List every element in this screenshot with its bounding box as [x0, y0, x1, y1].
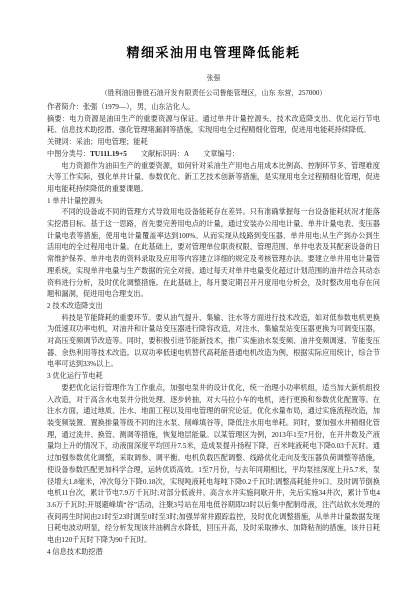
- doc-code-label: 文献标识码：: [141, 150, 184, 158]
- intro-paragraph: 电力资源作为油田生产的重要资源，如何针对采油生产用电占用成本比例高、控制环节多、…: [47, 161, 380, 196]
- abstract: 摘要：电力资源是油田生产的重要资源与保证。通过单井计量控源头、技术改造降支出、优…: [47, 114, 380, 137]
- section-3-heading: 3 优化运行节电耗: [47, 371, 380, 383]
- clc-label: 中图分类号：: [47, 150, 90, 158]
- clc-segment: 中图分类号：TU111.19+5: [47, 150, 127, 158]
- doc-code-segment: 文献标识码：A: [141, 150, 189, 158]
- article-no-label: 文章编号：: [203, 150, 239, 158]
- abstract-text: 电力资源是油田生产的重要资源与保证。通过单井计量控源头、技术改造降支出、优化运行…: [47, 115, 380, 135]
- clc-value: TU111.19+5: [90, 150, 127, 158]
- section-4-heading: 4 信息技术助挖潜: [47, 547, 380, 559]
- article-no-segment: 文章编号：: [203, 150, 239, 158]
- author-name: 张强: [47, 72, 380, 82]
- section-2-paragraph: 科技是节能降耗的重要环节。要从油气提升、集输、注水等方面进行技术改造，如对低参数…: [47, 313, 380, 372]
- author-bio: 作者简介：张强（1979—），男，山东沾化人。: [47, 102, 380, 114]
- keywords-line: 关键词：采油；用电管理；能耗: [47, 137, 380, 149]
- section-1-heading: 1 单井计量控源头: [47, 196, 380, 208]
- section-2-heading: 2 技术改造降支出: [47, 301, 380, 313]
- document-page: 精细采油用电管理降低能耗 张强 （胜利油田鲁胜石油开发有限责任公司鲁能管理区，山…: [0, 0, 417, 590]
- abstract-label: 摘要：: [47, 115, 69, 123]
- section-3-paragraph: 要把优化运行管理作为工作重点，加强电泵井的设计优化，统一治理小功率机组，适当加大…: [47, 383, 380, 547]
- page-title: 精细采油用电管理降低能耗: [47, 42, 380, 61]
- doc-code-value: A: [184, 150, 189, 158]
- section-1-paragraph: 不同的设备或不同的管理方式导致用电设备能耗存在差异。只有准确掌握每一台设备能耗状…: [47, 207, 380, 301]
- author-affiliation: （胜利油田鲁胜石油开发有限责任公司鲁能管理区，山东 东营，257000）: [47, 88, 380, 98]
- classification-line: 中图分类号：TU111.19+5文献标识码：A文章编号：: [47, 149, 380, 161]
